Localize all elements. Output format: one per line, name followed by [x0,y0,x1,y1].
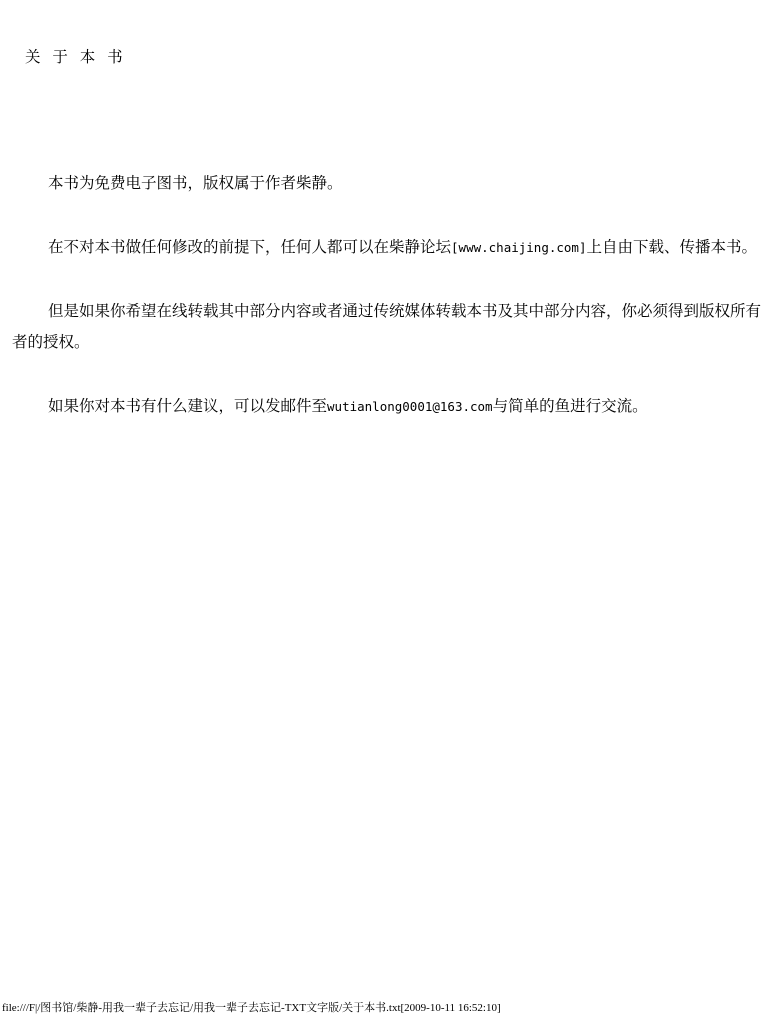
page-title: 关 于 本 书 [25,42,762,73]
text-run: 如果你对本书有什么建议，可以发邮件至 [48,398,327,415]
paragraph: 本书为免费电子图书，版权属于作者柴静。 [12,168,762,199]
paragraph-list: 本书为免费电子图书，版权属于作者柴静。在不对本书做任何修改的前提下，任何人都可以… [12,168,762,422]
paragraph: 如果你对本书有什么建议，可以发邮件至wutianlong0001@163.com… [12,391,762,422]
text-run: 本书为免费电子图书，版权属于作者柴静。 [48,175,343,192]
monospace-text-run: wutianlong0001@163.com [327,399,493,414]
text-run: 在不对本书做任何修改的前提下，任何人都可以在柴静论坛 [48,239,451,256]
text-run: 与简单的鱼进行交流。 [493,398,648,415]
text-run: 上自由下载、传播本书。 [586,239,757,256]
document-page: 关 于 本 书 本书为免费电子图书，版权属于作者柴静。在不对本书做任何修改的前提… [0,0,768,1024]
text-run: 但是如果你希望在线转载其中部分内容或者通过传统媒体转载本书及其中部分内容，你必须… [12,303,761,351]
paragraph: 但是如果你希望在线转载其中部分内容或者通过传统媒体转载本书及其中部分内容，你必须… [12,296,762,358]
paragraph: 在不对本书做任何修改的前提下，任何人都可以在柴静论坛[www.chaijing.… [12,232,762,263]
file-path-footer: file:///F|/图书馆/柴静-用我一辈子去忘记/用我一辈子去忘记-TXT文… [2,1001,501,1016]
document-content: 关 于 本 书 本书为免费电子图书，版权属于作者柴静。在不对本书做任何修改的前提… [0,0,768,422]
monospace-text-run: [www.chaijing.com] [451,240,586,255]
